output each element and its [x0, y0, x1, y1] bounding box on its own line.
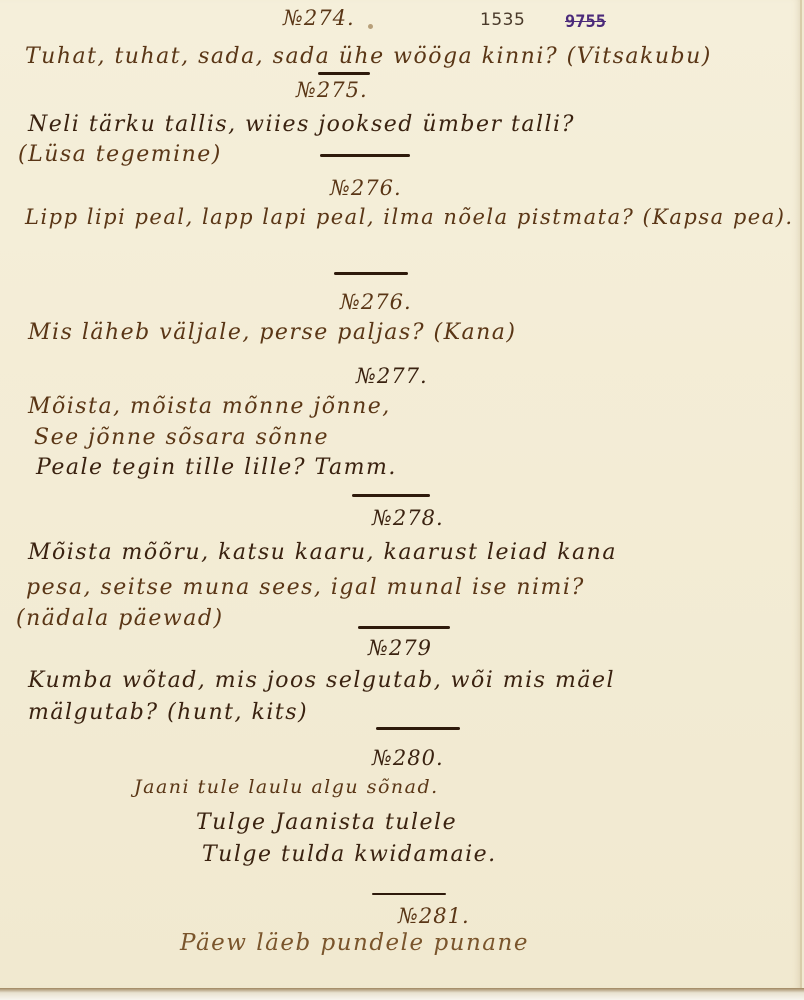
riddle-279-line-2: mälgutab? (hunt, kits) [28, 700, 308, 725]
riddle-277-line-1: Mõista, mõista mõnne jõnne, [28, 394, 391, 419]
riddle-278-line-2: pesa, seitse muna sees, igal munal ise n… [26, 575, 585, 600]
riddle-274-text: Tuhat, tuhat, sada, sada ühe wööga kinni… [25, 44, 712, 69]
divider-rule [352, 494, 430, 497]
song-280-line-2: Tulge tulda kwidamaie. [202, 842, 497, 867]
ink-dot [368, 24, 373, 29]
divider-rule [334, 272, 408, 275]
divider-rule [376, 727, 460, 730]
entry-number-281: №281. [398, 904, 470, 928]
riddle-277-line-2: See jõnne sõsara sõnne [34, 425, 329, 450]
song-280-line-1: Tulge Jaanista tulele [196, 810, 457, 835]
riddle-275-line-2: (Lüsa tegemine) [18, 142, 222, 167]
divider-rule [358, 626, 450, 629]
entry-number-280: №280. [372, 746, 444, 770]
entry-number-275: №275. [296, 78, 368, 102]
riddle-278-line-1: Mõista mõõru, katsu kaaru, kaarust leiad… [28, 540, 617, 565]
entry-number-278: №278. [372, 506, 444, 530]
divider-rule [372, 893, 446, 895]
song-281-line-1: Päew läeb pundele punane [180, 930, 529, 956]
riddle-277-line-3: Peale tegin tille lille? Tamm. [36, 455, 397, 480]
manuscript-page: №274. 1535 9755 Tuhat, tuhat, sada, sada… [0, 0, 802, 991]
stamped-number: 9755 [565, 12, 606, 32]
page-bottom-edge [0, 988, 804, 1000]
divider-rule [320, 154, 410, 157]
archive-number: 1535 [480, 10, 525, 30]
riddle-276b-line-1: Mis läheb väljale, perse paljas? (Kana) [28, 320, 517, 345]
entry-number-276a: №276. [330, 176, 402, 200]
underline-mark [318, 72, 370, 75]
riddle-275-line-1: Neli tärku tallis, wiies jooksed ümber t… [28, 112, 575, 137]
entry-number-279: №279 [368, 636, 432, 660]
riddle-274-line-1: Tuhat, tuhat, sada, sada ühe wööga kinni… [25, 44, 712, 69]
entry-number-274: №274. [283, 6, 355, 30]
riddle-279-line-1: Kumba wõtad, mis joos selgutab, wõi mis … [28, 668, 615, 693]
riddle-276a-line-1: Lipp lipi peal, lapp lapi peal, ilma nõe… [25, 205, 794, 229]
entry-number-277: №277. [356, 364, 428, 388]
riddle-278-line-3: (nädala päewad) [16, 606, 224, 631]
song-280-title: Jaani tule laulu algu sõnad. [134, 776, 439, 798]
entry-number-276b: №276. [340, 290, 412, 314]
